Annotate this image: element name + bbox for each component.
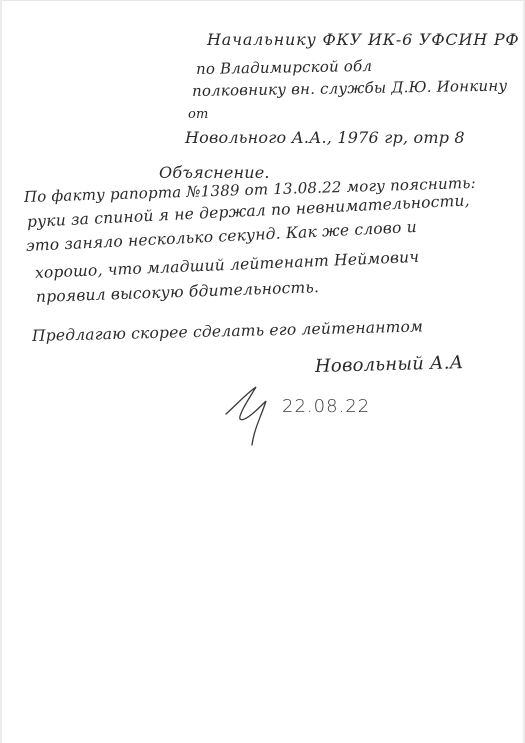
body-line-5: проявил высокую бдительность. — [36, 278, 320, 306]
signature-date: 22.08.22 — [282, 396, 370, 417]
from-line: Новольного А.А., 1976 гр, отр 8 — [185, 128, 465, 147]
body-line-6: Предлагаю скорее сделать его лейтенантом — [32, 317, 424, 345]
addressee-line-2: по Владимирской обл — [196, 57, 372, 78]
addressee-line-1: Начальнику ФКУ ИК-6 УФСИН РФ — [207, 30, 520, 49]
signature-name: Новольный А.А — [315, 352, 464, 377]
signature-scribble — [224, 379, 284, 449]
addressee-line-3: полковнику вн. службы Д.Ю. Ионкину — [192, 76, 508, 100]
document-page: Начальнику ФКУ ИК-6 УФСИН РФ по Владимир… — [0, 0, 525, 743]
document-title: Объяснение. — [159, 163, 270, 182]
from-label: от — [188, 107, 209, 122]
body-line-4: хорошо, что младший лейтенант Неймович — [35, 248, 420, 282]
